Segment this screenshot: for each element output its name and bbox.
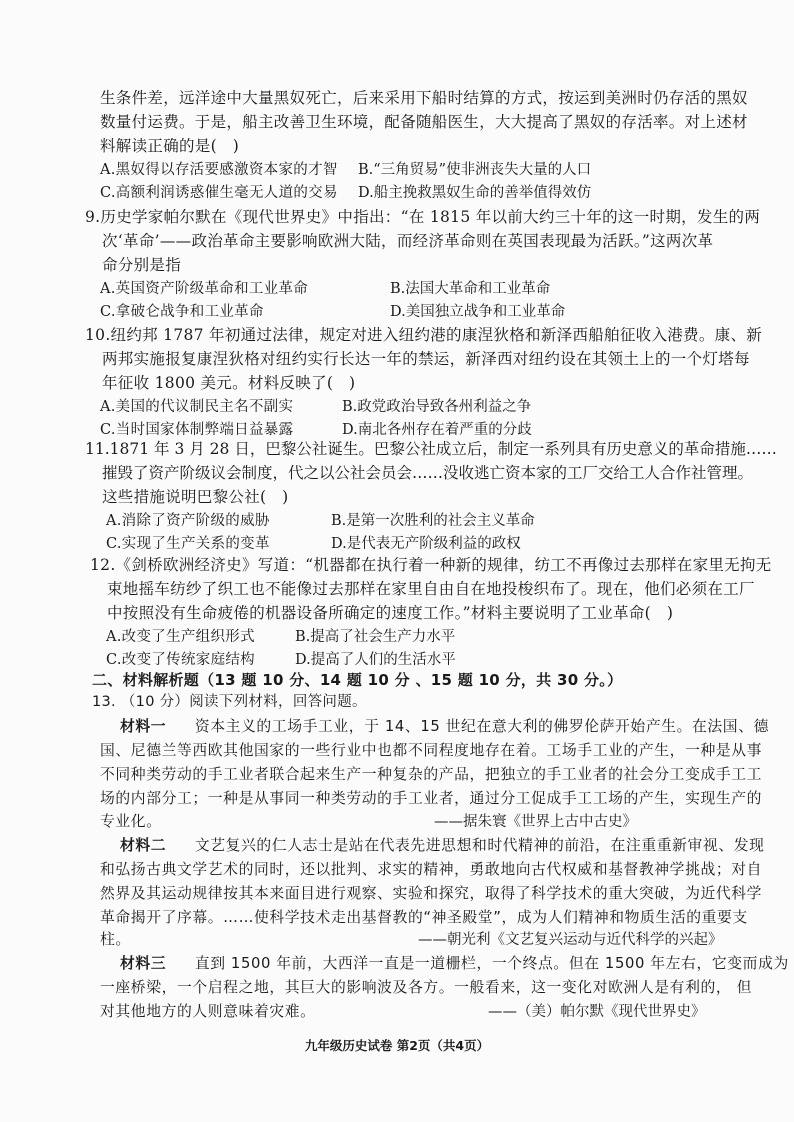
material-2-line-1: 材料二 文艺复兴的仁人志士是站在代表先进思想和时代精神的前沿，在注重重新审视、发… <box>120 834 765 858</box>
material-2-line-4: 革命揭开了序幕。……使科学技术走出基督教的“神圣殿堂”，成为人们精神和物质生活的… <box>100 906 748 930</box>
material-1-text-1: 资本主义的工场手工业，于 14、15 世纪在意大利的佛罗伦萨开始产生。在法国、德 <box>195 718 769 735</box>
q8-line-3: 料解读正确的是( ) <box>100 134 239 158</box>
q12-line-3: 中按照没有生命疲倦的机器设备所确定的速度工作。”材料主要说明了工业革命( ) <box>107 601 673 625</box>
q9-option-c: C.拿破仑战争和工业革命 <box>100 300 264 324</box>
material-1-line-5: 专业化。 <box>100 810 162 834</box>
q12-line-2: 束地摇车纺纱了织工也不能像过去那样在家里自由自在地投梭织布了。现在，他们必须在工… <box>107 577 755 601</box>
q10-option-b: B.政党政治导致各州利益之争 <box>342 395 531 419</box>
q11-line-1: 11.1871 年 3 月 28 日，巴黎公社诞生。巴黎公社成立后，制定一系列具… <box>85 437 777 461</box>
q12-line-1: 12.《剑桥欧洲经济史》写道：“机器都在执行着一种新的规律，纺工不再像过去那样在… <box>90 553 772 577</box>
q10-line-3: 年征收 1800 美元。材料反映了( ) <box>102 371 355 395</box>
material-1-line-3: 不同种类劳动的手工业者联合起来生产一种复杂的产品，把独立的手工业者的社会分工变成… <box>100 763 762 787</box>
material-1-source: ——据朱寰《世界上古中古史》 <box>434 810 637 834</box>
material-3-source: ——（美）帕尔默《现代世界史》 <box>488 1000 706 1024</box>
material-3-label: 材料三 <box>120 955 166 972</box>
q13-heading: 13. （10 分）阅读下列材料，回答问题。 <box>92 690 367 714</box>
material-1-line-4: 场的内部分工；一种是从事同一种类劳动的手工业者，通过分工促成手工工场的产生，实现… <box>100 787 762 811</box>
q8-line-2: 数量付运费。于是，船主改善卫生环境，配备随船医生，大大提高了黑奴的存活率。对上述… <box>100 110 748 134</box>
q8-option-c: C.高额利润诱惑催生毫无人道的交易 <box>100 181 338 205</box>
material-2-source: ——朝光利《文艺复兴运动与近代科学的兴起》 <box>418 928 723 952</box>
q9-line-2: 次‘革命’——政治革命主要影响欧洲大陆，而经济革命则在英国表现最为活跃。”这两次… <box>102 229 713 253</box>
material-2-line-5: 柱。 <box>100 928 131 952</box>
material-2-line-2: 和弘扬古典文学艺术的同时，还以批判、求实的精神，勇敢地向古代权威和基督教神学挑战… <box>100 858 762 882</box>
q11-line-3: 这些措施说明巴黎公社( ) <box>102 485 289 509</box>
section-2-title: 二、材料解析题（13 题 10 分、14 题 10 分 、15 题 10 分，共… <box>92 668 622 692</box>
page-footer: 九年级历史试卷 第2页（共4页） <box>0 1036 794 1054</box>
q10-line-1: 10.纽约邦 1787 年初通过法律，规定对进入纽约港的康涅狄格和新泽西船舶征收… <box>85 323 762 347</box>
q8-line-1: 生条件差，远洋途中大量黑奴死亡，后来采用下船时结算的方式，按运到美洲时仍存活的黑… <box>100 86 748 110</box>
q12-option-b: B.提高了社会生产力水平 <box>295 625 455 649</box>
q9-option-b: B.法国大革命和工业革命 <box>390 277 550 301</box>
exam-page: 生条件差，远洋途中大量黑奴死亡，后来采用下船时结算的方式，按运到美洲时仍存活的黑… <box>0 0 794 1122</box>
q9-option-a: A.英国资产阶级革命和工业革命 <box>100 277 308 301</box>
material-1-label: 材料一 <box>120 718 166 735</box>
material-2-line-3: 然界及其运动规律按其本来面目进行观察、实验和探究，取得了科学技术的重大突破，为近… <box>100 882 762 906</box>
material-1-line-2: 国、尼德兰等西欧其他国家的一些行业中也都不同程度地存在着。工场手工业的产生，一种… <box>100 739 762 763</box>
material-3-text-1: 直到 1500 年前，大西洋一直是一道栅栏，一个终点。但在 1500 年左右，它… <box>195 955 789 972</box>
q12-option-a: A.改变了生产组织形式 <box>106 625 255 649</box>
q11-line-2: 摧毁了资产阶级议会制度，代之以公社会员会……没收逃亡资本家的工厂交给工人合作社管… <box>102 461 753 485</box>
material-1-line-1: 材料一 资本主义的工场手工业，于 14、15 世纪在意大利的佛罗伦萨开始产生。在… <box>120 715 769 739</box>
q8-option-b: B.“三角贸易”使非洲丧失大量的人口 <box>358 158 591 182</box>
material-3-line-3: 对其他地方的人则意味着灾难。 <box>100 1000 316 1024</box>
q11-option-b: B.是第一次胜利的社会主义革命 <box>331 509 535 533</box>
q9-line-3: 命分别是指 <box>102 253 181 277</box>
q10-line-2: 两邦实施报复康涅狄格对纽约实行长达一年的禁运，新泽西对纽约设在其领土上的一个灯塔… <box>102 347 750 371</box>
q9-option-d: D.美国独立战争和工业革命 <box>390 300 565 324</box>
q8-option-d: D.船主挽救黑奴生命的善举值得效仿 <box>358 181 591 205</box>
q10-option-a: A.美国的代议制民主名不副实 <box>100 395 293 419</box>
material-2-label: 材料二 <box>120 837 166 854</box>
q8-option-a: A.黑奴得以存活要感激资本家的才智 <box>100 158 338 182</box>
q11-option-a: A.消除了资产阶级的威胁 <box>106 509 270 533</box>
material-3-line-1: 材料三 直到 1500 年前，大西洋一直是一道栅栏，一个终点。但在 1500 年… <box>120 952 789 976</box>
material-3-line-2: 一座桥梁，一个启程之地，其巨大的影响波及各方。一般看来，这一变化对欧洲人是有利的… <box>100 976 752 1000</box>
q9-line-1: 9.历史学家帕尔默在《现代世界史》中指出：“在 1815 年以前大约三十年的这一… <box>85 205 760 229</box>
material-2-text-1: 文艺复兴的仁人志士是站在代表先进思想和时代精神的前沿，在注重重新审视、发现 <box>195 837 765 854</box>
